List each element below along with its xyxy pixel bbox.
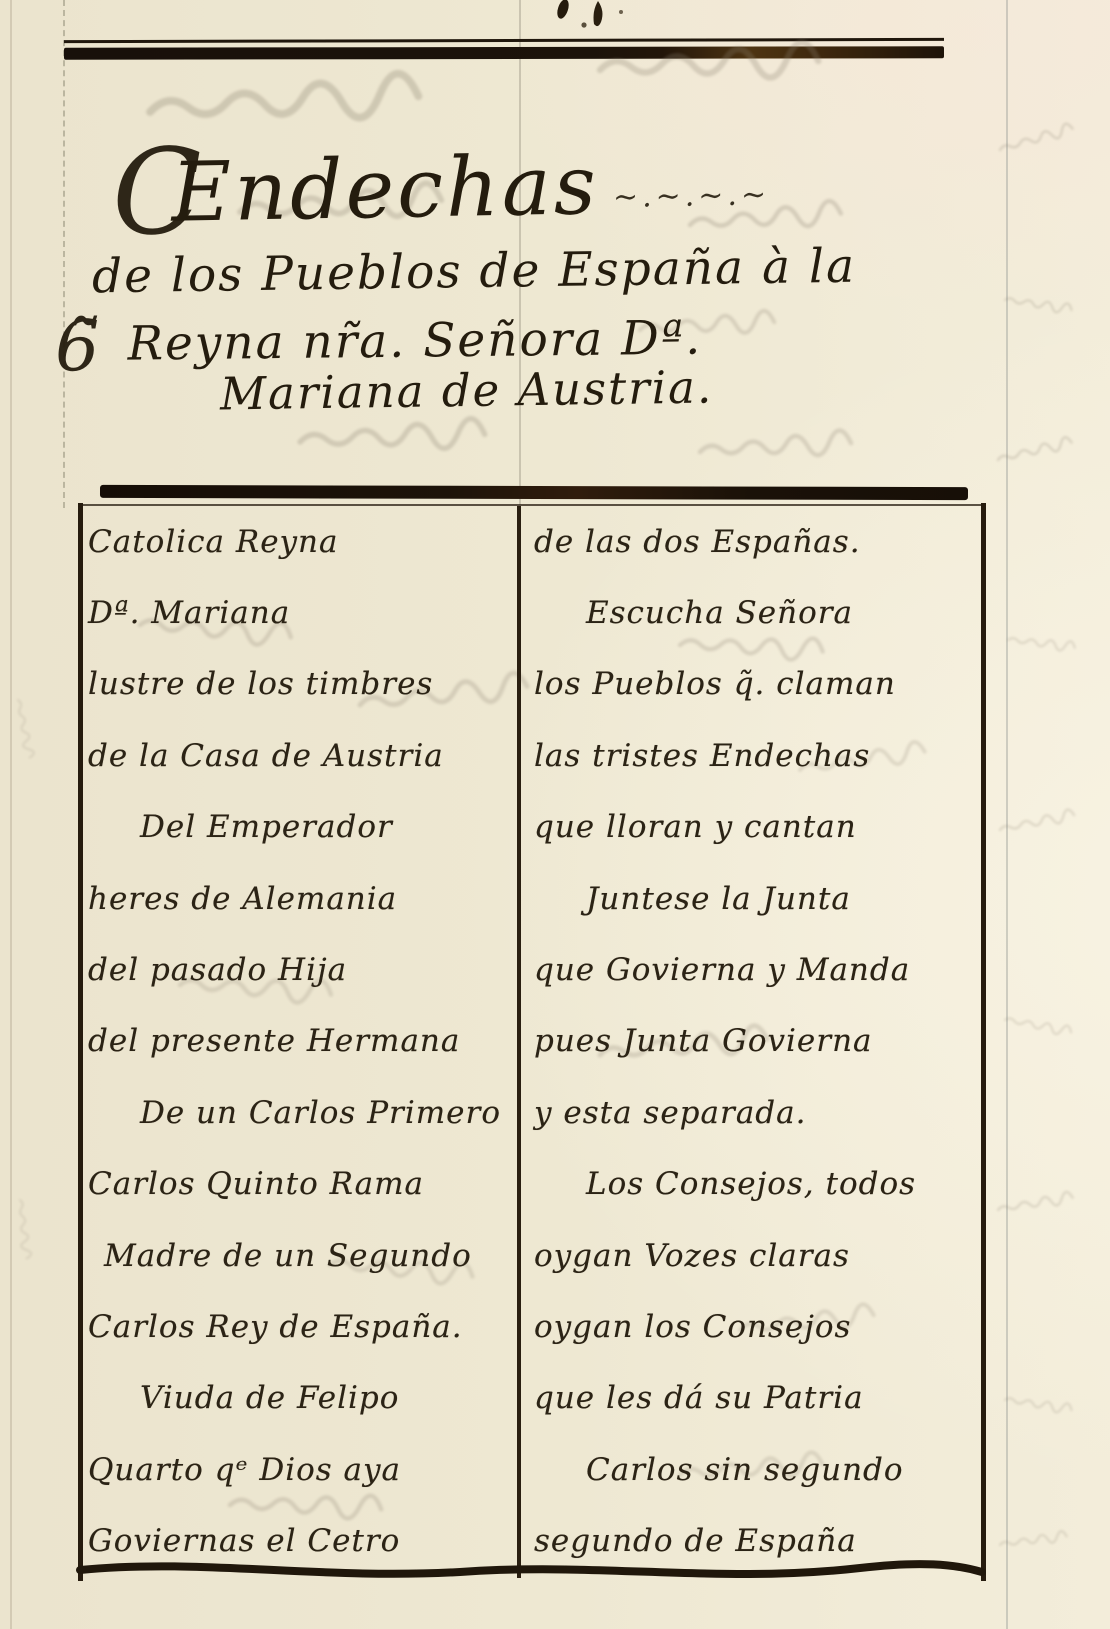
poem-line: Carlos Quinto Rama bbox=[88, 1149, 513, 1220]
ruling-line-right bbox=[1006, 0, 1008, 1629]
poem-line: pues Junta Govierna bbox=[534, 1006, 976, 1077]
title-text: Endechas bbox=[171, 138, 600, 240]
poem-line: Juntese la Junta bbox=[534, 863, 976, 934]
poem-line: De un Carlos Primero bbox=[88, 1077, 513, 1148]
page-fold-line bbox=[10, 0, 12, 1629]
poem-line: Los Consejos, todos bbox=[534, 1149, 976, 1220]
poem-line: del presente Hermana bbox=[88, 1006, 513, 1077]
poem-line: Viuda de Felipo bbox=[88, 1363, 513, 1434]
poem-line: Madre de un Segundo bbox=[88, 1220, 513, 1291]
title-line-2: de los Pueblos de España à la bbox=[92, 239, 857, 305]
poem-line: heres de Alemania bbox=[88, 863, 513, 934]
poem-line: las tristes Endechas bbox=[534, 720, 976, 791]
poem-line: Goviernas el Cetro bbox=[88, 1505, 513, 1576]
poem-line: que les dá su Patria bbox=[534, 1363, 976, 1434]
poem-line: de las dos Españas. bbox=[534, 506, 976, 577]
poem-line: Carlos Rey de España. bbox=[88, 1291, 513, 1362]
top-rule-thick bbox=[64, 46, 944, 60]
mid-rule bbox=[100, 485, 968, 500]
title-ornament: C bbox=[111, 122, 207, 262]
poem-line: oygan Vozes claras bbox=[534, 1220, 976, 1291]
poem-line: segundo de España bbox=[534, 1505, 976, 1576]
poem-line: Catolica Reyna bbox=[88, 506, 513, 577]
title-line-4: Mariana de Austria. bbox=[220, 361, 714, 421]
title-line-3-ornament: 6̃ bbox=[55, 305, 102, 387]
title-flourish: ~.~.~.~ bbox=[613, 177, 771, 215]
poem-line: Dª. Mariana bbox=[88, 577, 513, 648]
poem-line: lustre de los timbres bbox=[88, 649, 513, 720]
poem-line: del pasado Hija bbox=[88, 934, 513, 1005]
poem-line: y esta separada. bbox=[534, 1077, 976, 1148]
poem-line: de la Casa de Austria bbox=[88, 720, 513, 791]
manuscript-page: CEndechas~.~.~.~ de los Pueblos de Españ… bbox=[0, 0, 1110, 1629]
ink-blot bbox=[555, 0, 623, 28]
poem-column-left: Catolica ReynaDª. Marianalustre de los t… bbox=[88, 506, 513, 1578]
poem-line: que lloran y cantan bbox=[534, 792, 976, 863]
poem-line: Quarto qᵉ Dios aya bbox=[88, 1434, 513, 1505]
poem-line: los Pueblos q̃. claman bbox=[534, 649, 976, 720]
poem-line: Del Emperador bbox=[88, 792, 513, 863]
ruling-line-left bbox=[63, 0, 65, 508]
column-divider bbox=[517, 506, 521, 1578]
poem-line: que Govierna y Manda bbox=[534, 934, 976, 1005]
top-rule-thin bbox=[64, 38, 944, 43]
poem-line: Carlos sin segundo bbox=[534, 1434, 976, 1505]
title-line-1: CEndechas~.~.~.~ bbox=[111, 112, 771, 261]
poem-line: oygan los Consejos bbox=[534, 1291, 976, 1362]
poem-column-right: de las dos Españas.Escucha Señoralos Pue… bbox=[534, 506, 976, 1578]
poem-line: Escucha Señora bbox=[534, 577, 976, 648]
